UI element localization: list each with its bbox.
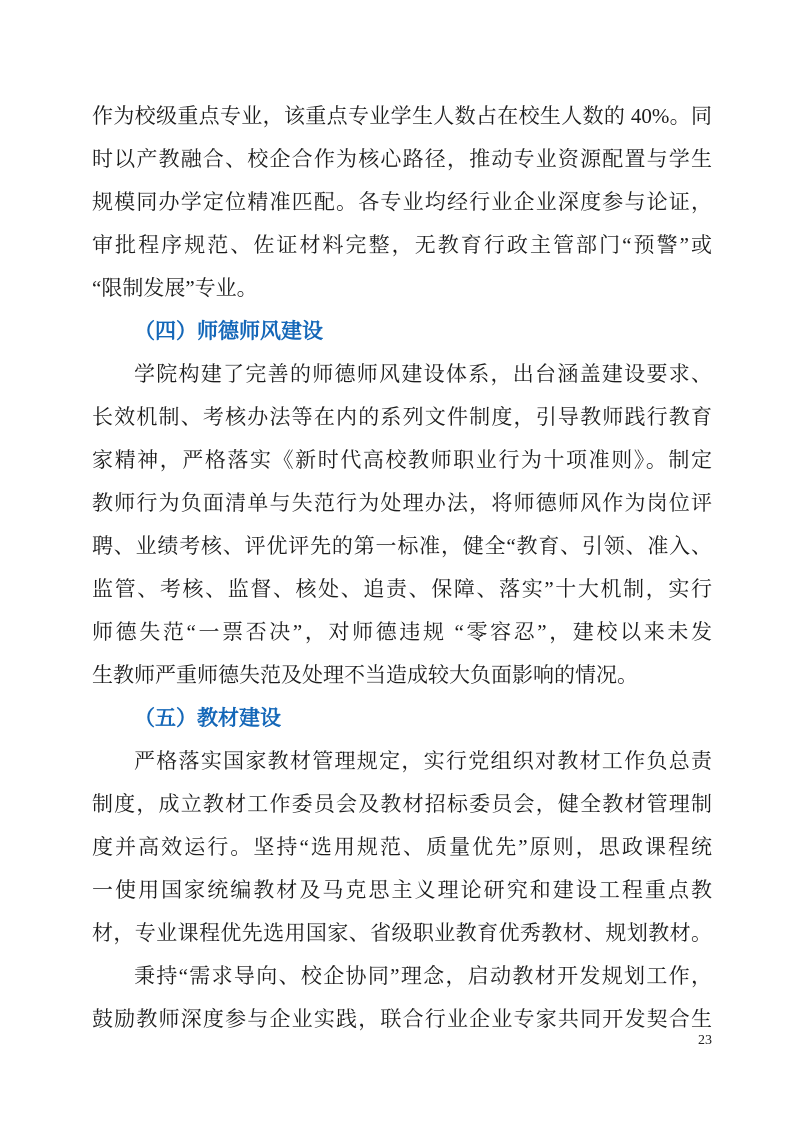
text-line: 严格落实国家教材管理规定，实行党组织对教材工作负总责 — [92, 740, 712, 783]
text-line: 长效机制、考核办法等在内的系列文件制度，引导教师践行教育 — [92, 396, 712, 439]
text-line: 规模同办学定位精准匹配。各专业均经行业企业深度参与论证， — [92, 181, 712, 224]
page-number: 23 — [92, 1030, 712, 1052]
text-line: 秉持“需求导向、校企协同”理念，启动教材开发规划工作， — [92, 955, 712, 998]
text-line: 作为校级重点专业，该重点专业学生人数占在校生人数的 40%。同 — [92, 95, 712, 138]
text-line: 监管、考核、监督、核处、追责、保障、落实”十大机制，实行 — [92, 568, 712, 611]
text-line: 一使用国家统编教材及马克思主义理论研究和建设工程重点教 — [92, 869, 712, 912]
text-line: 学院构建了完善的师德师风建设体系，出台涵盖建设要求、 — [92, 353, 712, 396]
text-line: 度并高效运行。坚持“选用规范、质量优先”原则，思政课程统 — [92, 826, 712, 869]
text-line: 师德失范“一票否决”，对师德违规 “零容忍”，建校以来未发 — [92, 611, 712, 654]
document-page: 作为校级重点专业，该重点专业学生人数占在校生人数的 40%。同时以产教融合、校企… — [0, 0, 800, 1132]
text-line: 制度，成立教材工作委员会及教材招标委员会，健全教材管理制 — [92, 783, 712, 826]
text-line: 教师行为负面清单与失范行为处理办法，将师德师风作为岗位评 — [92, 482, 712, 525]
section-heading: （四）师德师风建设 — [92, 310, 712, 353]
text-line: 审批程序规范、佐证材料完整，无教育行政主管部门“预警”或 — [92, 224, 712, 267]
text-line: 家精神，严格落实《新时代高校教师职业行为十项准则》。制定 — [92, 439, 712, 482]
text-line: 聘、业绩考核、评优评先的第一标准，健全“教育、引领、准入、 — [92, 525, 712, 568]
text-line: 材，专业课程优先选用国家、省级职业教育优秀教材、规划教材。 — [92, 912, 712, 955]
section-heading: （五）教材建设 — [92, 697, 712, 740]
document-body: 作为校级重点专业，该重点专业学生人数占在校生人数的 40%。同时以产教融合、校企… — [92, 95, 712, 1041]
text-line: 生教师严重师德失范及处理不当造成较大负面影响的情况。 — [92, 654, 712, 697]
text-line: “限制发展”专业。 — [92, 267, 712, 310]
text-line: 时以产教融合、校企合作为核心路径，推动专业资源配置与学生 — [92, 138, 712, 181]
